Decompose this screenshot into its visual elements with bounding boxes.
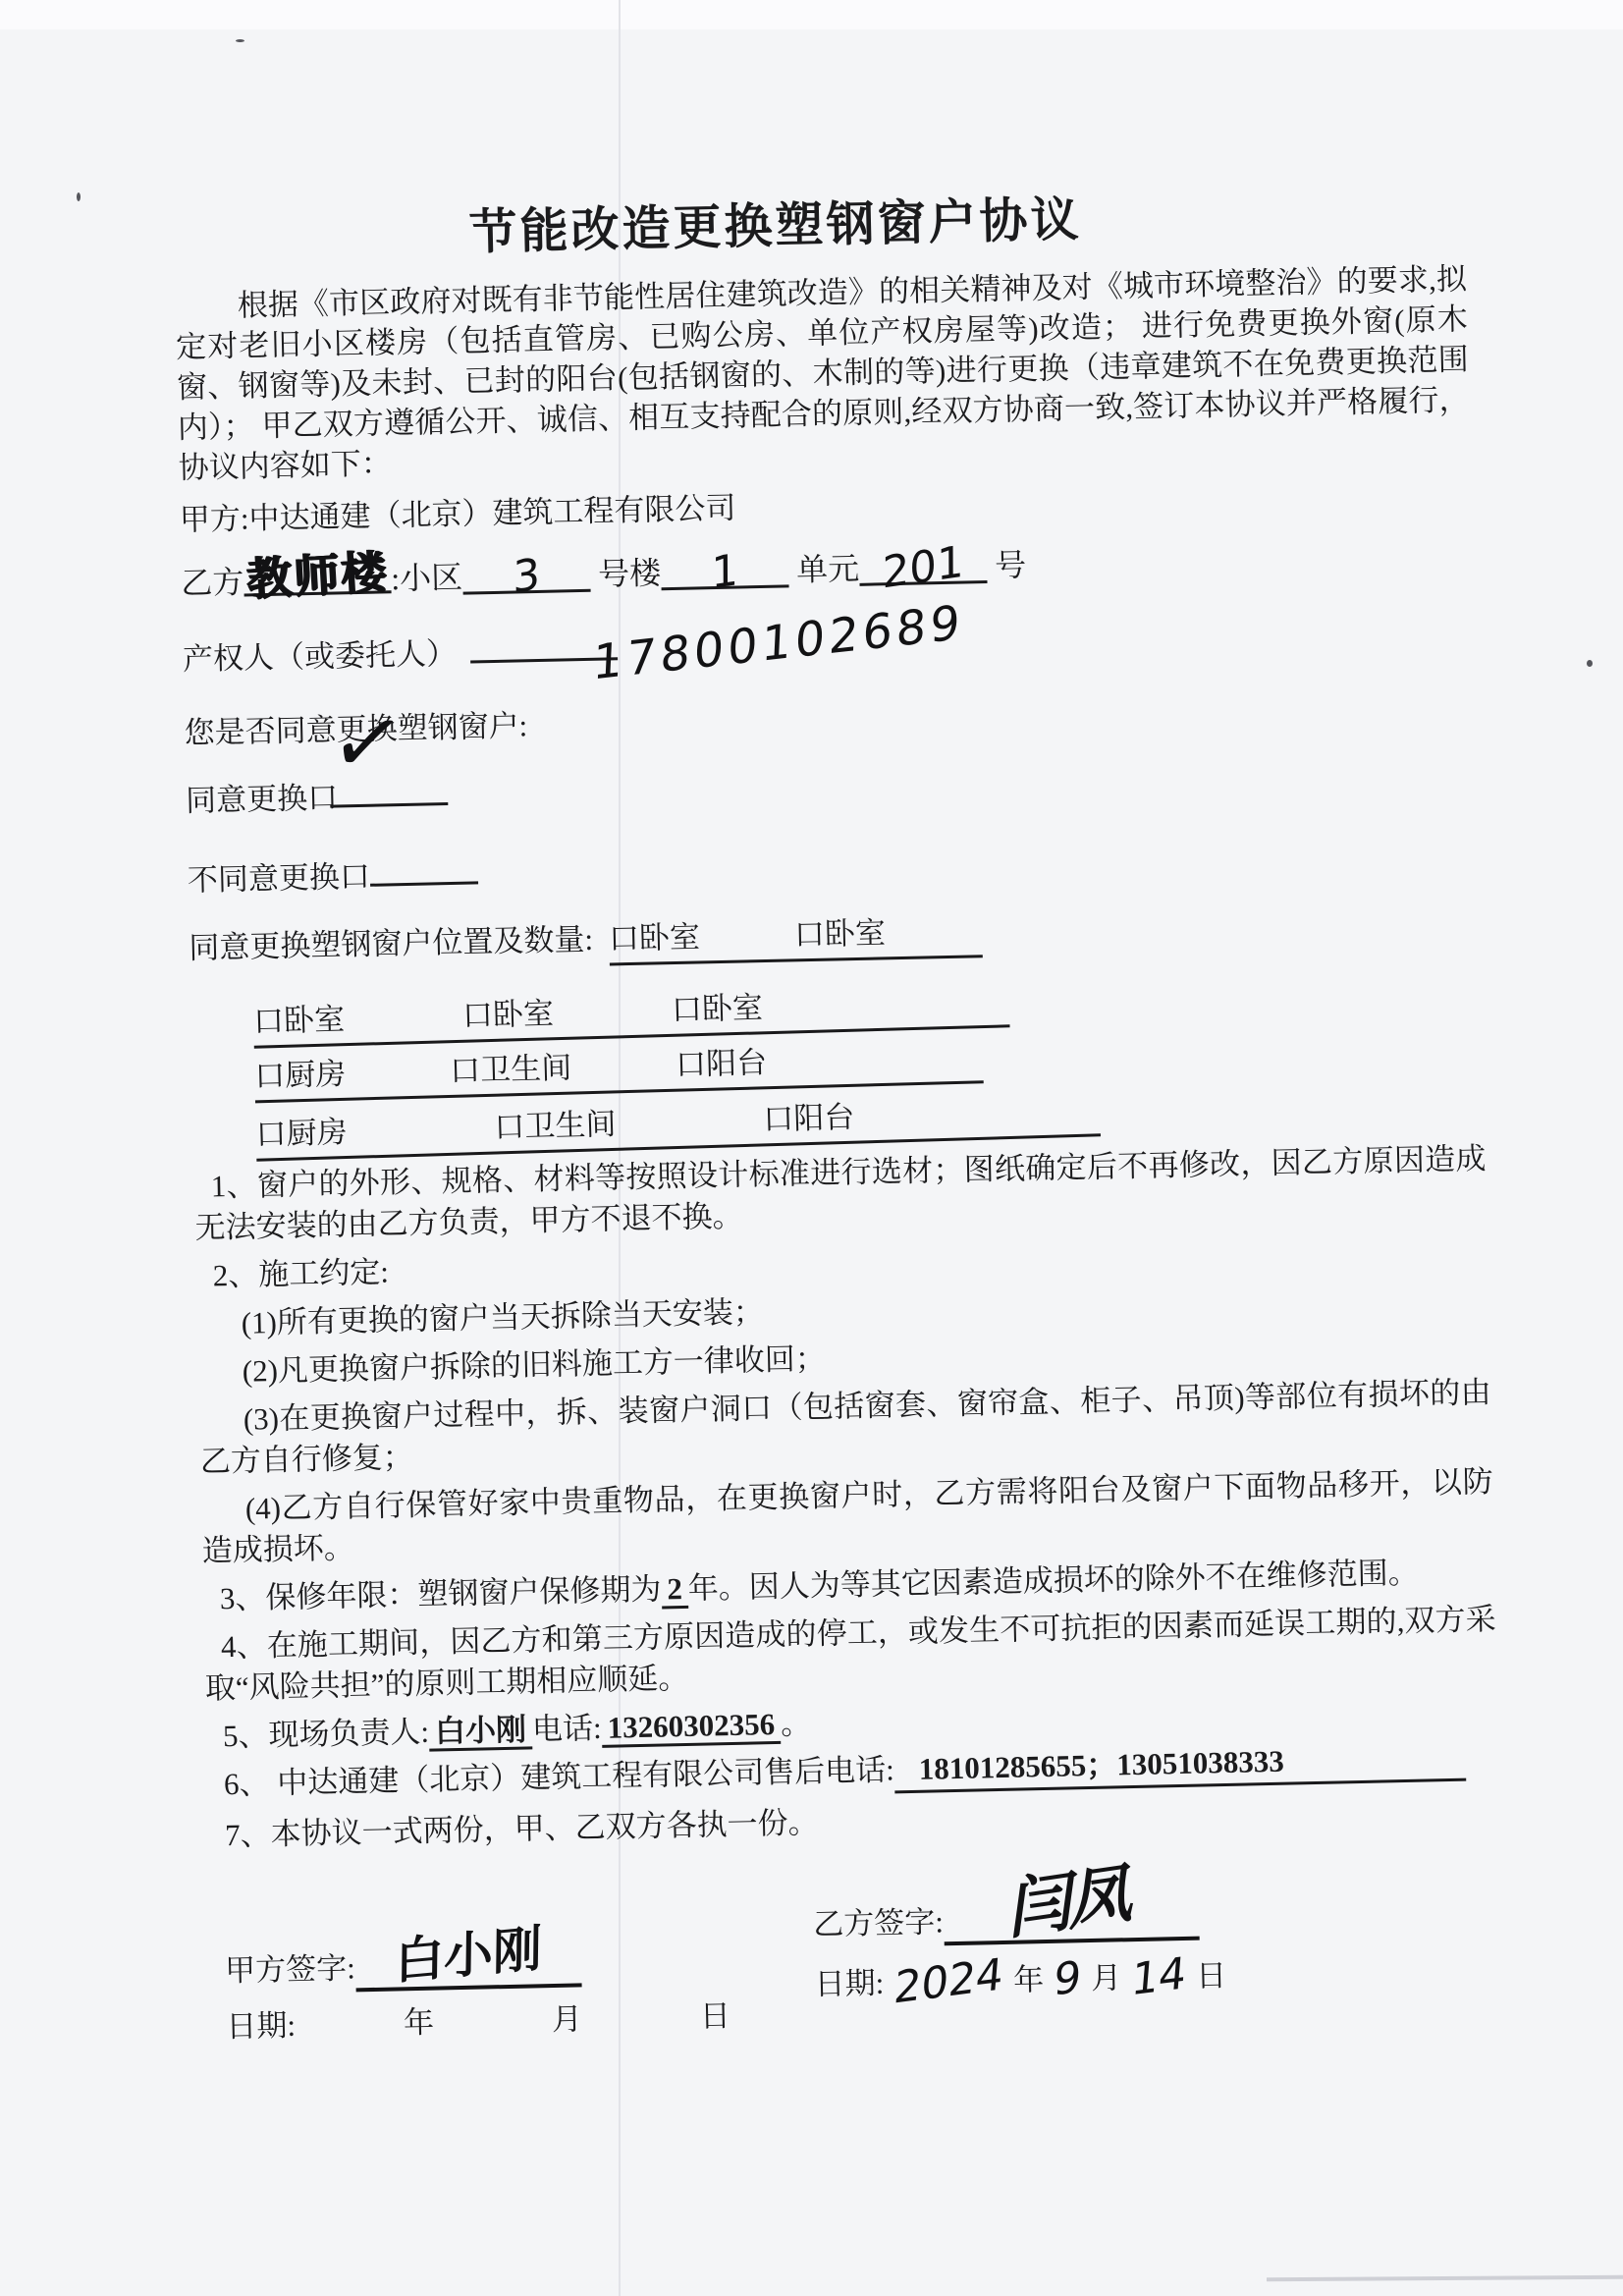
community-label: :小区 (391, 560, 463, 597)
owner-label: 产权人（或委托人） (183, 636, 458, 677)
term-6-pre: 6、 中达通建（北京）建筑工程有限公司售后电话: (224, 1752, 894, 1801)
party-b-sign-row: 乙方签字: 闫凤 (813, 1879, 1442, 1948)
month-label: 月 (1091, 1957, 1122, 1998)
checkbox-bathroom: 口卫生间 (450, 1048, 572, 1091)
agree-checkmark: ✓ (328, 721, 406, 766)
party-b-line: 乙方教师楼:小区3 号楼1 单元201 号 (181, 527, 1474, 604)
checkbox-kitchen: 口厨房 (255, 1112, 348, 1155)
checkbox-kitchen: 口厨房 (254, 1054, 347, 1097)
party-b-date-row: 日期: 2024 年 9 月 14 日 (814, 1946, 1443, 2004)
scan-speck (1587, 660, 1593, 667)
term-3-post: 年。因人为等其它因素造成损坏的除外不在维修范围。 (687, 1556, 1419, 1606)
party-b-signature-field: 闫凤 (943, 1885, 1199, 1946)
party-a-sign-row: 甲方签字: 白小刚 (225, 1932, 815, 1995)
document-title: 节能改造更换塑钢窗户协议 (173, 180, 1466, 271)
party-a-sign-label: 甲方签字: (225, 1947, 355, 1991)
checkbox-bedroom: 口卧室 (461, 993, 554, 1036)
community-no-field: 3 (462, 550, 591, 595)
hao-suffix: 号 (995, 547, 1027, 583)
checkbox-balcony: 口阳台 (763, 1097, 855, 1140)
agreement-document: 节能改造更换塑钢窗户协议 根据《市区政府对既有非节能性居住建筑改造》的相关精神及… (173, 180, 1505, 2047)
site-manager-name: 白小刚 (429, 1712, 533, 1751)
party-b-sign-label: 乙方签字: (813, 1901, 944, 1944)
term-5-post: 。 (781, 1706, 812, 1741)
party-b-signature-handwriting: 闫凤 (1008, 1872, 1134, 1931)
party-a-signature-block: 甲方签字: 白小刚 日期: 年 月 日 (225, 1932, 816, 2047)
signature-area: 甲方签字: 白小刚 日期: 年 月 日 乙方签字: 闫凤 日期: 2024 (210, 1891, 1505, 2048)
after-sales-phones: 18101285655；13051038333 (893, 1737, 1466, 1794)
checkbox-balcony: 口阳台 (676, 1042, 768, 1085)
party-b-label: 乙方 (181, 565, 244, 601)
community-no-handwriting: 3 (513, 553, 540, 600)
owner-line: 产权人（或委托人）17800102689 (182, 605, 1475, 680)
scan-speck (77, 192, 81, 201)
party-a-date-label: 日期: (226, 2005, 297, 2048)
locations-label: 同意更换塑钢窗户位置及数量: (189, 922, 593, 965)
site-manager-phone: 13260302356 (601, 1707, 781, 1748)
unit-label: 单元 (796, 551, 860, 587)
party-a-signature-handwriting: 白小刚 (395, 1929, 542, 1983)
checkbox-bedroom: 口卧室 (253, 999, 346, 1042)
agree-option-line: 同意更换口✓ (186, 750, 1479, 821)
unit-no-handwriting: 201 (882, 540, 963, 595)
checkbox-bedroom: 口卧室 (671, 987, 763, 1030)
disagree-option-line: 不同意更换口 (187, 830, 1480, 901)
party-b-signature-block: 乙方签字: 闫凤 日期: 2024 年 9 月 14 日 (813, 1879, 1443, 2004)
intro-paragraph: 根据《市区政府对既有非节能性居住建筑改造》的相关精神及对《城市环境整治》的要求,… (175, 258, 1471, 488)
term-5-pre: 5、现场负责人: (223, 1715, 430, 1754)
building-no-field: 1 (661, 545, 789, 590)
agree-label: 同意更换口 (186, 780, 339, 817)
checkbox-bathroom: 口卫生间 (494, 1104, 617, 1148)
disagree-field (369, 851, 478, 886)
locations-row0: 口卧室口卧室 (609, 910, 983, 965)
year-label: 年 (1013, 1959, 1045, 2000)
building-name-field: 教师楼 (243, 551, 392, 596)
scan-speck (236, 39, 244, 42)
checkbox-bedroom: 口卧室 (609, 916, 701, 958)
building-name-handwriting: 教师楼 (245, 549, 389, 602)
month-label: 月 (552, 1998, 583, 2040)
day-label: 日 (1196, 1955, 1227, 1996)
locations-header-line: 同意更换塑钢窗户位置及数量:口卧室口卧室 (189, 900, 1482, 975)
year-label: 年 (404, 2002, 435, 2044)
checkbox-bedroom: 口卧室 (793, 912, 886, 955)
disagree-label: 不同意更换口 (188, 859, 371, 898)
party-a-signature-field: 白小刚 (354, 1937, 581, 1992)
party-b-year-handwriting: 2024 (892, 1954, 1004, 2009)
party-a-date-row: 日期: 年 月 日 (226, 1994, 816, 2047)
party-b-date-label: 日期: (814, 1963, 885, 2005)
locations-row2: 口厨房口卫生间口阳台 (254, 1036, 984, 1103)
party-b-day-handwriting: 14 (1129, 1953, 1187, 2001)
building-no-label: 号楼 (598, 555, 662, 591)
unit-no-field: 201 (859, 541, 988, 586)
term-5-mid: 电话: (532, 1711, 602, 1747)
day-label: 日 (699, 1995, 730, 2037)
warranty-years-value: 2 (661, 1571, 688, 1610)
scan-bottom-shadow (1267, 2275, 1623, 2282)
scanned-paper: 节能改造更换塑钢窗户协议 根据《市区政府对既有非节能性居住建筑改造》的相关精神及… (0, 0, 1623, 2296)
scan-top-edge (0, 0, 1623, 29)
party-b-month-handwriting: 9 (1052, 1956, 1082, 2000)
term-3-pre: 3、保修年限：塑钢窗户保修期为 (220, 1571, 662, 1615)
building-no-handwriting: 1 (711, 549, 738, 596)
owner-phone-handwriting: 17800102689 (592, 603, 965, 684)
